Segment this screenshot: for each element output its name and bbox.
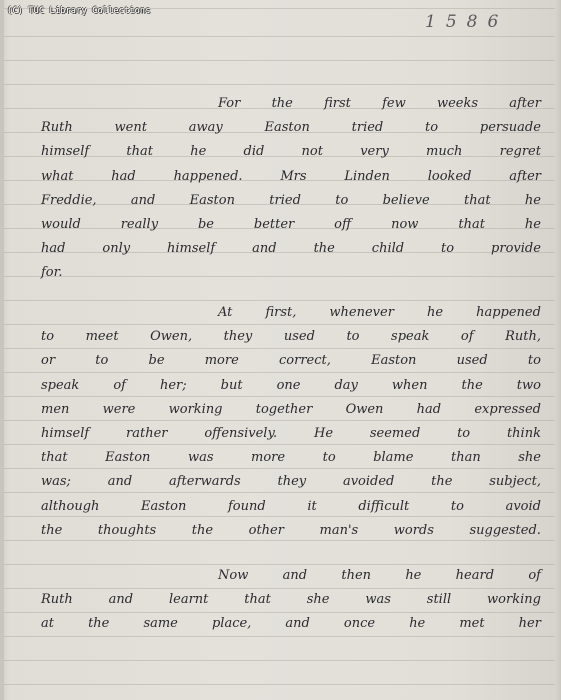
handwritten-word: was (188, 450, 214, 465)
manuscript-line: tomeetOwen,theyusedtospeakofRuth, (41, 329, 541, 344)
manuscript-line: himselfratheroffensively.Heseemedtothink (41, 426, 541, 441)
handwritten-word: thoughts (98, 523, 156, 538)
handwritten-word: the (431, 474, 452, 489)
handwritten-word: himself (167, 241, 215, 256)
handwritten-word: suggested. (469, 523, 540, 538)
handwritten-word: blame (373, 450, 413, 465)
handwritten-word: happened (476, 305, 541, 320)
page-number: 1586 (425, 12, 508, 32)
handwritten-word: working (169, 402, 223, 417)
handwritten-word: weeks (437, 96, 478, 111)
handwritten-word: to (95, 353, 108, 368)
handwritten-word: Mrs (280, 169, 306, 184)
handwritten-word: her; (160, 378, 187, 393)
manuscript-line: RuthwentawayEastontriedtopersuade (41, 120, 541, 135)
manuscript-line: Ruthandlearntthatshewasstillworking (41, 592, 541, 607)
handwritten-word: the (41, 523, 62, 538)
handwritten-word: now (391, 217, 418, 232)
handwritten-word: to (41, 329, 54, 344)
handwritten-word: At (218, 305, 232, 320)
handwritten-word: what (41, 169, 73, 184)
handwritten-word: other (249, 523, 284, 538)
handwritten-word: for. (41, 265, 63, 280)
handwritten-word: to (323, 450, 336, 465)
handwritten-word: really (121, 217, 158, 232)
handwritten-word: she (307, 592, 330, 607)
handwritten-word: and (109, 592, 133, 607)
handwritten-word: avoided (343, 474, 394, 489)
handwritten-word: he (427, 305, 443, 320)
handwritten-word: when (392, 378, 428, 393)
handwritten-word: meet (86, 329, 119, 344)
handwritten-word: off (334, 217, 351, 232)
handwritten-word: Easton (141, 499, 186, 514)
handwritten-word: at (41, 616, 54, 631)
handwritten-word: once (344, 616, 375, 631)
handwritten-word: to (457, 426, 470, 441)
handwritten-word: tried (269, 193, 301, 208)
handwritten-word: the (192, 523, 213, 538)
handwritten-word: to (335, 193, 348, 208)
handwritten-word: together (256, 402, 313, 417)
handwritten-word: looked (428, 169, 472, 184)
handwritten-word: and (283, 568, 307, 583)
handwritten-word: tried (352, 120, 384, 135)
handwritten-word: to (528, 353, 541, 368)
handwritten-word: difficult (358, 499, 409, 514)
handwritten-word: expressed (474, 402, 541, 417)
manuscript-line: hadonlyhimselfandthechildtoprovide (41, 241, 541, 256)
handwritten-word: or (41, 353, 55, 368)
handwritten-word: he (405, 568, 421, 583)
manuscript-page: (C) TUC Library Collections 1586 Forthef… (0, 0, 561, 700)
page-right-edge (555, 0, 561, 700)
handwritten-word: speak (41, 378, 79, 393)
handwritten-word: of (113, 378, 126, 393)
handwritten-word: only (102, 241, 130, 256)
manuscript-line: althoughEastonfounditdifficulttoavoid (41, 499, 541, 514)
handwritten-word: child (372, 241, 404, 256)
handwritten-word: not (302, 144, 323, 159)
handwritten-word: would (41, 217, 81, 232)
handwritten-word: was (365, 592, 391, 607)
handwritten-word: to (425, 120, 438, 135)
manuscript-line: atthesameplace,andoncehemether (41, 616, 541, 631)
handwritten-word: her (519, 616, 541, 631)
handwritten-word: that (126, 144, 153, 159)
manuscript-line: Nowandthenheheardof (218, 568, 541, 583)
handwritten-word: more (251, 450, 285, 465)
handwritten-word: they (224, 329, 253, 344)
handwritten-word: to (346, 329, 359, 344)
handwritten-word: Easton (265, 120, 310, 135)
handwritten-word: the (272, 96, 293, 111)
handwritten-word: think (507, 426, 541, 441)
manuscript-line: thethoughtstheotherman'swordssuggested. (41, 523, 541, 538)
handwritten-word: learnt (169, 592, 208, 607)
handwritten-word: that (244, 592, 271, 607)
manuscript-line: speakofher;butonedaywhenthetwo (41, 378, 541, 393)
handwritten-word: to (441, 241, 454, 256)
manuscript-line: ortobemorecorrect,Eastonusedto (41, 353, 541, 368)
handwritten-word: working (487, 592, 541, 607)
handwritten-word: For (218, 96, 240, 111)
handwritten-word: he (525, 193, 541, 208)
handwritten-word: one (277, 378, 301, 393)
handwritten-word: he (525, 217, 541, 232)
handwritten-word: away (189, 120, 223, 135)
handwritten-word: used (284, 329, 315, 344)
handwritten-word: found (228, 499, 266, 514)
handwritten-word: of (461, 329, 474, 344)
handwritten-word: then (341, 568, 371, 583)
handwritten-word: whenever (329, 305, 394, 320)
handwritten-word: seemed (370, 426, 420, 441)
handwritten-word: more (205, 353, 239, 368)
handwritten-word: very (360, 144, 389, 159)
handwritten-word: he (409, 616, 425, 631)
manuscript-line: Forthefirstfewweeksafter (218, 96, 541, 111)
manuscript-line: whathadhappened.MrsLindenlookedafter (41, 169, 541, 184)
handwritten-word: He (314, 426, 333, 441)
handwritten-word: of (528, 568, 541, 583)
handwritten-word: few (382, 96, 406, 111)
manuscript-line: was;andafterwardstheyavoidedthesubject, (41, 474, 541, 489)
page-left-edge (0, 0, 4, 700)
handwritten-word: did (244, 144, 265, 159)
manuscript-line: for. (41, 265, 541, 280)
handwritten-word: first, (265, 305, 296, 320)
handwritten-word: believe (383, 193, 430, 208)
handwritten-word: he (190, 144, 206, 159)
manuscript-line: himselfthathedidnotverymuchregret (41, 144, 541, 159)
handwritten-word: Ruth, (505, 329, 541, 344)
handwritten-word: Ruth (41, 592, 73, 607)
handwritten-word: much (426, 144, 462, 159)
handwritten-word: Freddie, (41, 193, 97, 208)
handwritten-word: same (143, 616, 177, 631)
handwritten-word: she (518, 450, 541, 465)
handwritten-word: men (41, 402, 69, 417)
handwritten-word: avoid (506, 499, 541, 514)
handwritten-word: afterwards (169, 474, 241, 489)
manuscript-line: Freddie,andEastontriedtobelievethathe (41, 193, 541, 208)
handwritten-word: better (254, 217, 294, 232)
manuscript-line: wouldreallybebetteroffnowthathe (41, 217, 541, 232)
handwritten-word: persuade (480, 120, 541, 135)
handwritten-word: was; (41, 474, 71, 489)
handwritten-word: that (41, 450, 68, 465)
handwritten-word: Now (218, 568, 248, 583)
handwritten-word: the (314, 241, 335, 256)
handwritten-word: were (103, 402, 136, 417)
handwritten-word: subject, (489, 474, 541, 489)
handwritten-word: words (394, 523, 434, 538)
handwritten-word: place, (212, 616, 251, 631)
handwritten-word: Owen, (150, 329, 192, 344)
manuscript-line: menwereworkingtogetherOwenhadexpressed (41, 402, 541, 417)
handwritten-word: provide (491, 241, 541, 256)
handwritten-word: Owen (346, 402, 384, 417)
handwritten-word: had (111, 169, 135, 184)
handwritten-word: first (324, 96, 351, 111)
handwritten-word: met (459, 616, 484, 631)
handwritten-word: day (334, 378, 357, 393)
handwritten-word: the (461, 378, 482, 393)
handwritten-word: went (115, 120, 147, 135)
handwritten-word: that (458, 217, 485, 232)
handwritten-word: man's (320, 523, 359, 538)
handwritten-word: had (41, 241, 65, 256)
manuscript-line: thatEastonwasmoretoblamethanshe (41, 450, 541, 465)
handwritten-word: himself (41, 426, 89, 441)
handwritten-word: to (451, 499, 464, 514)
handwritten-word: happened. (174, 169, 243, 184)
handwritten-word: offensively. (204, 426, 277, 441)
handwritten-word: used (457, 353, 488, 368)
handwritten-word: and (285, 616, 309, 631)
handwritten-word: and (108, 474, 132, 489)
handwritten-word: rather (126, 426, 167, 441)
handwritten-word: the (88, 616, 109, 631)
handwritten-word: that (464, 193, 491, 208)
handwritten-word: Easton (105, 450, 150, 465)
handwritten-word: it (307, 499, 316, 514)
handwritten-word: had (417, 402, 441, 417)
handwritten-word: still (427, 592, 451, 607)
handwritten-word: Easton (371, 353, 416, 368)
handwritten-word: speak (391, 329, 429, 344)
handwritten-word: they (278, 474, 307, 489)
handwritten-word: although (41, 499, 99, 514)
manuscript-line: Atfirst,wheneverhehappened (218, 305, 541, 320)
handwritten-word: but (221, 378, 243, 393)
handwritten-word: than (451, 450, 481, 465)
handwritten-word: be (149, 353, 165, 368)
handwritten-word: be (198, 217, 214, 232)
handwritten-word: Easton (190, 193, 235, 208)
handwritten-word: after (509, 169, 541, 184)
handwritten-word: Linden (344, 169, 390, 184)
handwritten-word: and (252, 241, 276, 256)
handwritten-word: two (517, 378, 541, 393)
handwritten-word: heard (456, 568, 494, 583)
handwritten-word: himself (41, 144, 89, 159)
handwritten-word: correct, (279, 353, 331, 368)
handwritten-word: after (509, 96, 541, 111)
copyright-watermark: (C) TUC Library Collections (7, 6, 151, 16)
handwritten-word: and (131, 193, 155, 208)
handwritten-word: regret (500, 144, 541, 159)
handwritten-word: Ruth (41, 120, 73, 135)
